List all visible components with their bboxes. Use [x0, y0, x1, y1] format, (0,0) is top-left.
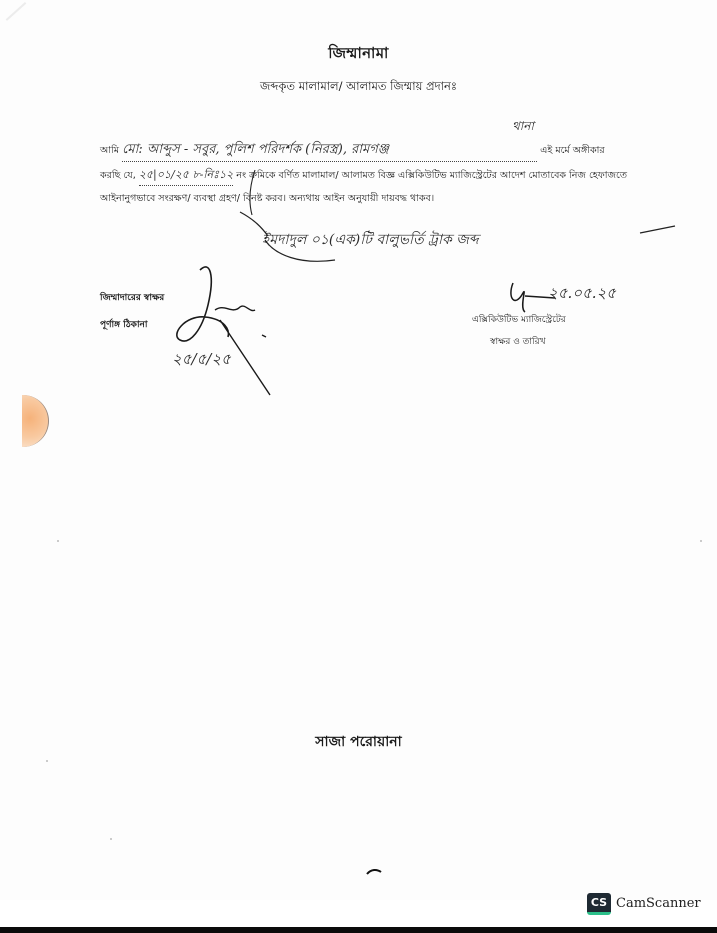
- scanned-document-page: জিম্মানামা জব্দকৃত মালামাল/ আলামত জিম্মা…: [0, 0, 717, 900]
- section-title: সাজা পরোয়ানা: [0, 730, 717, 754]
- magistrate-sign-date-label: স্বাক্ষর ও তারিখ: [490, 334, 545, 349]
- speck: [57, 540, 59, 542]
- magistrate-title: এক্সিকিউটিভ ম্যাজিস্ট্রেটের: [472, 312, 566, 327]
- pen-strokes: [0, 0, 717, 900]
- speck: [46, 760, 48, 762]
- bottom-edge: [0, 927, 717, 933]
- speck: [110, 838, 112, 840]
- speck: [700, 540, 702, 542]
- custodian-signature: [170, 255, 310, 395]
- custodian-address-label: পূর্ণাঙ্গ ঠিকানা: [100, 317, 148, 332]
- magistrate-handwritten-date: ২৫.০৫.২৫: [548, 282, 616, 307]
- custodian-handwritten-date: ২৫/৫/২৫: [172, 348, 231, 373]
- camscanner-logo-icon: CS: [587, 893, 611, 915]
- custodian-signature-label: জিম্মাদারের স্বাক্ষর: [100, 290, 164, 305]
- camscanner-watermark: CamScanner: [616, 896, 701, 911]
- cutoff-mark: [365, 868, 385, 878]
